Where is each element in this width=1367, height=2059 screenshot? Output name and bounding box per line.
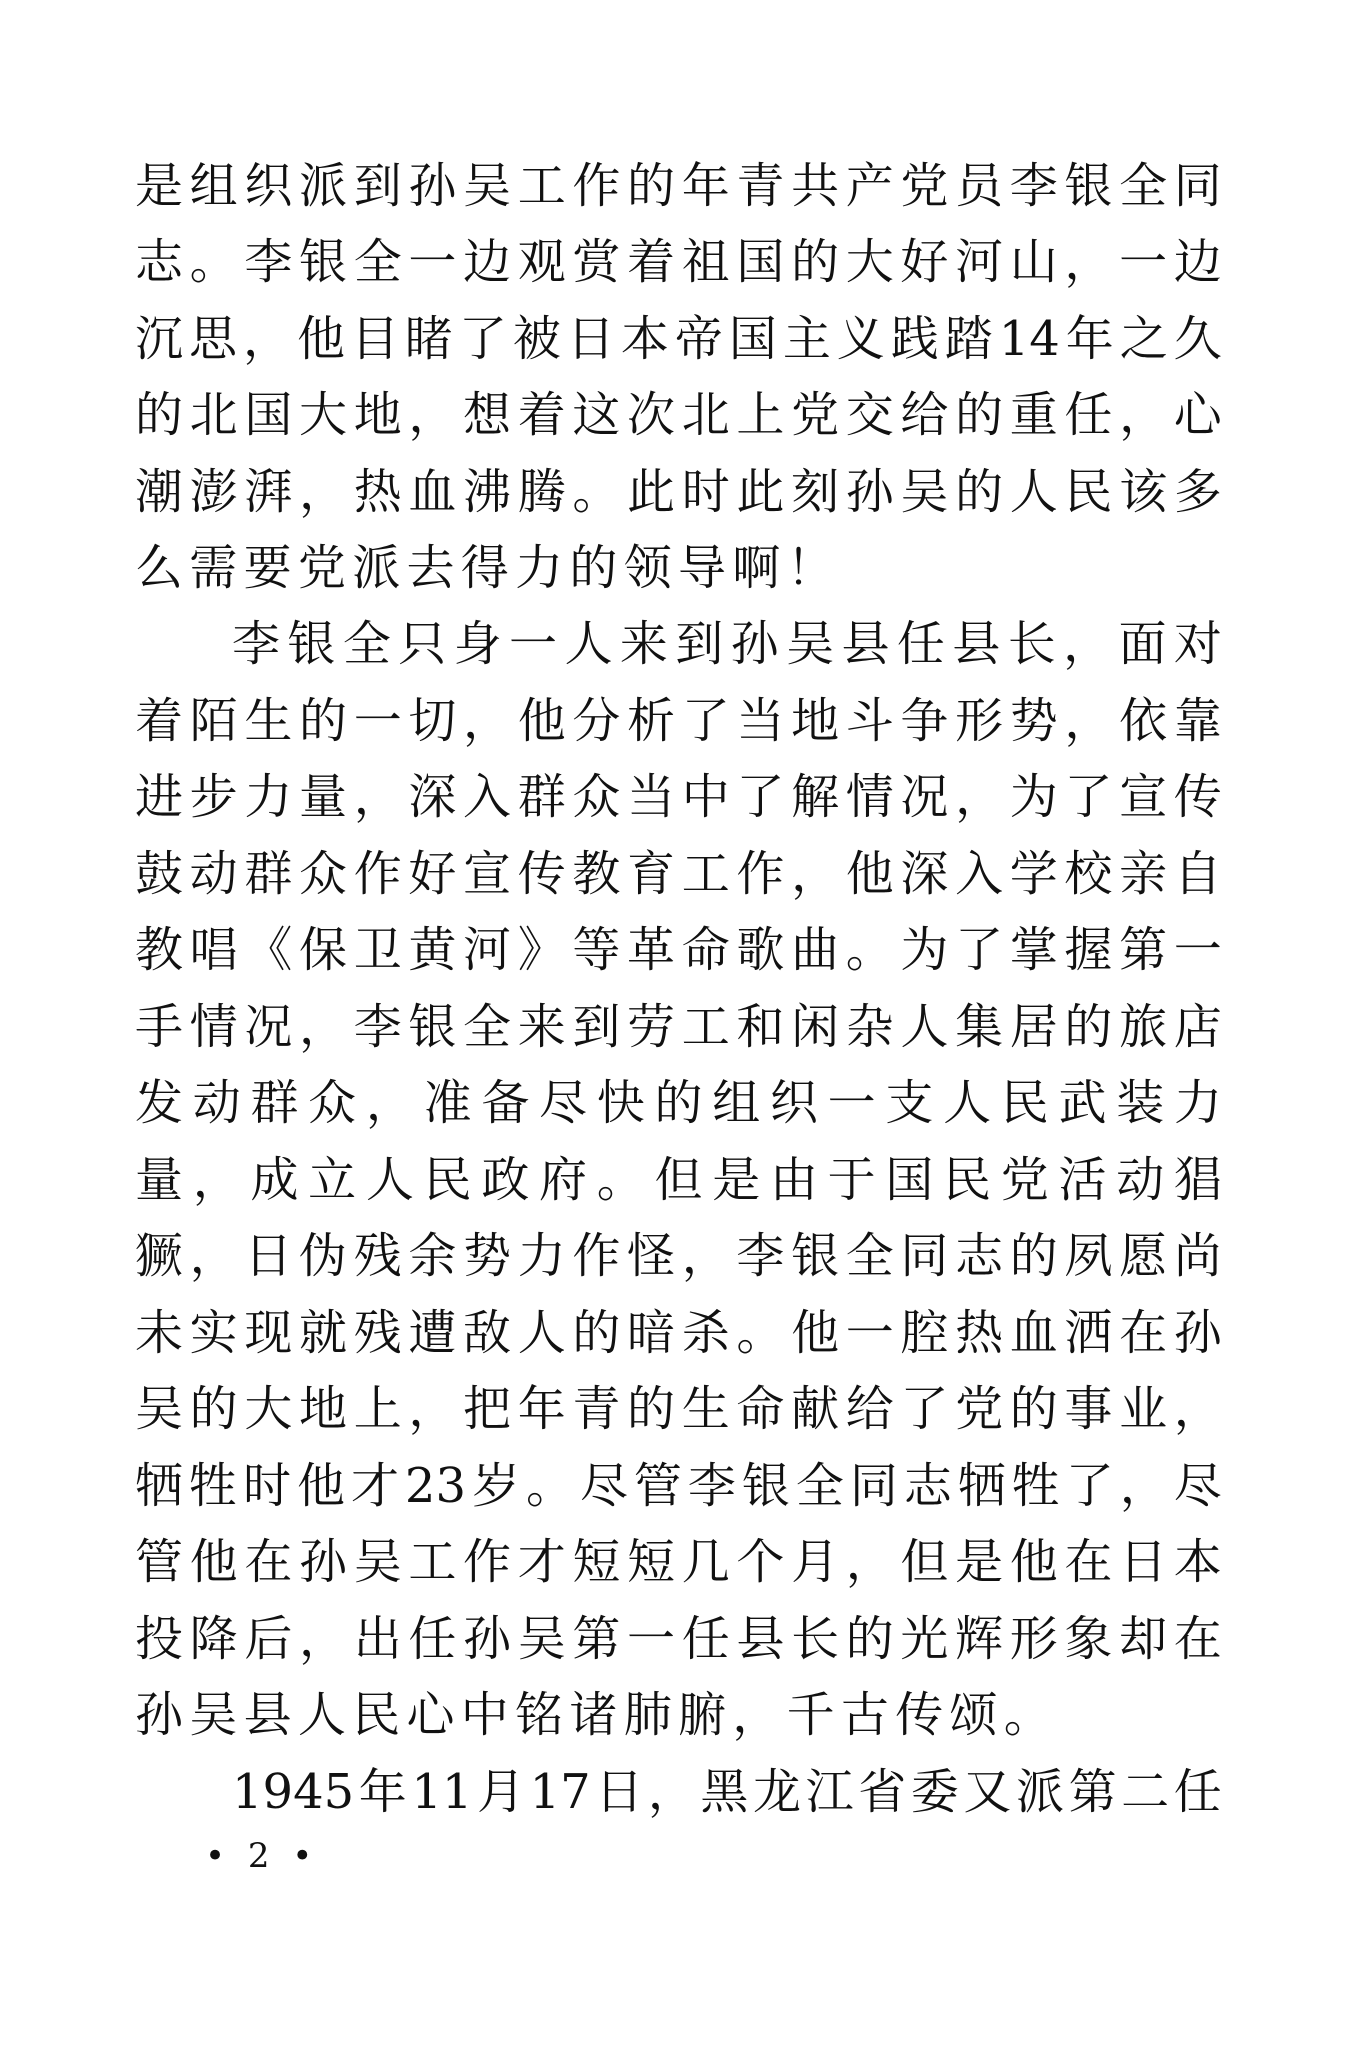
glyph: 生 [244, 693, 292, 749]
glyph: 委 [911, 1764, 959, 1820]
glyph: 是 [135, 158, 183, 214]
glyph: 大 [299, 387, 347, 443]
glyph: 步 [190, 769, 238, 825]
glyph: 在 [244, 1534, 292, 1590]
glyph: 的 [955, 387, 1003, 443]
glyph: 投 [135, 1611, 183, 1667]
glyph: 李 [244, 234, 292, 290]
glyph: 黑 [700, 1764, 748, 1820]
glyph: 热 [955, 1305, 1003, 1361]
glyph: 着 [135, 693, 183, 749]
glyph: 睹 [405, 311, 453, 367]
paragraph-start-line-22: 1945年11月17日，黑龙江省委又派第二任 [232, 1764, 1222, 1820]
text-line-1: 是组织派到孙吴工作的年青共产党员李银全同 [135, 158, 1222, 214]
glyph: 传 [518, 846, 566, 902]
glyph: 的 [791, 234, 839, 290]
glyph: 势 [463, 1228, 511, 1284]
glyph: 业 [1119, 1381, 1167, 1437]
glyph: 却 [1119, 1611, 1167, 1667]
glyph: 》 [518, 922, 566, 978]
glyph: 现 [244, 1305, 292, 1361]
glyph: 辉 [955, 1611, 1003, 1667]
glyph: 银 [791, 1228, 839, 1284]
glyph: 武 [1059, 1075, 1107, 1131]
glyph: 入 [463, 769, 511, 825]
glyph: 到 [354, 158, 402, 214]
glyph: 把 [463, 1381, 511, 1437]
glyph: 着 [627, 234, 675, 290]
glyph: 产 [846, 158, 894, 214]
glyph: 边 [1174, 234, 1222, 290]
glyph: 立 [308, 1152, 356, 1208]
glyph: 。 [597, 1152, 645, 1208]
glyph: 潮 [135, 464, 183, 520]
glyph: 握 [1064, 922, 1112, 978]
glyph: 任 [408, 1611, 456, 1667]
glyph: ， [682, 1228, 730, 1284]
glyph: 居 [1010, 999, 1058, 1055]
glyph: 共 [791, 158, 839, 214]
glyph: 众 [572, 769, 620, 825]
glyph: 人 [564, 616, 612, 672]
glyph: 志 [955, 1228, 1003, 1284]
glyph: 志 [135, 234, 183, 290]
glyph: 群 [518, 769, 566, 825]
paragraph-start-line-7: 李银全只身一人来到孙吴县任县长，面对 [232, 616, 1222, 672]
glyph: ， [299, 1611, 347, 1667]
glyph: 为 [1010, 769, 1058, 825]
glyph: 伪 [299, 1228, 347, 1284]
glyph: 力 [1174, 1075, 1222, 1131]
glyph: 备 [481, 1075, 529, 1131]
glyph: 重 [1010, 387, 1058, 443]
text-line-19: 管他在孙吴工作才短短几个月，但是他在日本 [135, 1534, 1222, 1590]
glyph: 尚 [1174, 1228, 1222, 1284]
glyph: 入 [955, 846, 1003, 902]
glyph: 人 [366, 1152, 414, 1208]
glyph: 民 [1001, 1075, 1049, 1131]
glyph: 人 [900, 999, 948, 1055]
glyph: 杀 [682, 1305, 730, 1361]
glyph: 育 [627, 846, 675, 902]
glyph: 形 [1010, 1611, 1058, 1667]
glyph: 。 [190, 234, 238, 290]
glyph: 但 [900, 1534, 948, 1590]
glyph: 派 [1016, 1764, 1064, 1820]
glyph: 自 [1174, 846, 1222, 902]
glyph: 吴 [463, 158, 511, 214]
glyph: 第 [1119, 922, 1167, 978]
document-page: 是组织派到孙吴工作的年青共产党员李银全同 志。李银全一边观赏着祖国的大好河山，一… [0, 0, 1367, 2059]
glyph: 猖 [1174, 1152, 1222, 1208]
glyph: 织 [770, 1075, 818, 1131]
glyph: 想 [463, 387, 511, 443]
glyph: 久 [1174, 311, 1222, 367]
glyph: 任 [897, 616, 945, 672]
glyph: 上 [736, 387, 784, 443]
glyph: 亲 [1119, 846, 1167, 902]
text-line-11: 教唱《保卫黄河》等革命歌曲。为了掌握第一 [135, 922, 1222, 978]
glyph: 出 [354, 1611, 402, 1667]
glyph: 后 [244, 1611, 292, 1667]
glyph: ， [366, 1075, 414, 1131]
glyph: 管 [634, 1458, 682, 1514]
glyph: 情 [846, 769, 894, 825]
glyph: 青 [572, 1381, 620, 1437]
glyph: 北 [682, 387, 730, 443]
glyph: 年 [518, 1381, 566, 1437]
glyph: 志 [904, 1458, 952, 1514]
glyph: 作 [354, 846, 402, 902]
glyph: 在 [1064, 1534, 1112, 1590]
glyph: ， [1119, 387, 1167, 443]
glyph: 民 [943, 1152, 991, 1208]
glyph: 血 [1010, 1305, 1058, 1361]
glyph: 上 [354, 1381, 402, 1437]
glyph: 银 [1064, 158, 1112, 214]
glyph: 他 [297, 311, 345, 367]
glyph: 形 [955, 693, 1003, 749]
glyph: 当 [736, 693, 784, 749]
glyph: 二 [1121, 1764, 1169, 1820]
glyph: 遭 [408, 1305, 456, 1361]
glyph: 一 [408, 234, 456, 290]
glyph: 作 [463, 1534, 511, 1590]
glyph: 唱 [190, 922, 238, 978]
glyph: 实 [190, 1305, 238, 1361]
glyph: 教 [135, 922, 183, 978]
glyph: ， [190, 1228, 238, 1284]
glyph: 到 [572, 999, 620, 1055]
glyph: 地 [791, 693, 839, 749]
glyph: 吴 [354, 1534, 402, 1590]
glyph: 他 [1010, 1534, 1058, 1590]
glyph: 党 [791, 387, 839, 443]
glyph: 于 [828, 1152, 876, 1208]
glyph: 大 [846, 234, 894, 290]
glyph: 给 [900, 387, 948, 443]
glyph: 第 [572, 1611, 620, 1667]
glyph: 本 [1174, 1534, 1222, 1590]
glyph: 分 [572, 693, 620, 749]
glyph: 了 [459, 311, 507, 367]
glyph: 个 [736, 1534, 784, 1590]
glyph: 政 [481, 1152, 529, 1208]
glyph: 众 [299, 846, 347, 902]
glyph: 才 [351, 1458, 399, 1514]
glyph: 动 [1116, 1152, 1164, 1208]
glyph: 斗 [846, 693, 894, 749]
glyph: 。 [526, 1458, 574, 1514]
glyph: ， [193, 1152, 241, 1208]
glyph: 组 [712, 1075, 760, 1131]
glyph: 的 [1010, 1228, 1058, 1284]
glyph: 卫 [354, 922, 402, 978]
glyph: 县 [736, 1611, 784, 1667]
glyph: 长 [791, 1611, 839, 1667]
glyph: 解 [791, 769, 839, 825]
glyph: 人 [518, 1305, 566, 1361]
glyph: 全 [796, 1458, 844, 1514]
glyph: 的 [190, 1381, 238, 1437]
glyph: 北 [190, 387, 238, 443]
glyph: 洒 [1064, 1305, 1112, 1361]
glyph: 任 [682, 1611, 730, 1667]
glyph: 命 [736, 1381, 784, 1437]
glyph: 县 [841, 616, 889, 672]
glyph: 工 [518, 158, 566, 214]
glyph: 但 [654, 1152, 702, 1208]
glyph: 革 [627, 922, 675, 978]
glyph: 全 [1119, 158, 1167, 214]
glyph: 学 [1010, 846, 1058, 902]
glyph: 一 [354, 693, 402, 749]
glyph: 一 [627, 1611, 675, 1667]
glyph: 边 [463, 234, 511, 290]
glyph: 任 [1064, 387, 1112, 443]
glyph: 敌 [463, 1305, 511, 1361]
glyph: 情 [190, 999, 238, 1055]
glyph: 全 [354, 234, 402, 290]
glyph: 河 [463, 922, 511, 978]
glyph: 孙 [463, 1611, 511, 1667]
glyph: 踏 [945, 311, 993, 367]
glyph: 曲 [791, 922, 839, 978]
glyph: 全 [343, 616, 391, 672]
glyph: 装 [1116, 1075, 1164, 1131]
glyph: 月 [791, 1534, 839, 1590]
text-line-5: 潮澎湃，热血沸腾。此时此刻孙吴的人民该多 [135, 464, 1222, 520]
glyph: 牲 [189, 1458, 237, 1514]
glyph: 争 [900, 693, 948, 749]
glyph: 了 [1066, 1458, 1114, 1514]
glyph: 祖 [682, 234, 730, 290]
glyph: 余 [408, 1228, 456, 1284]
glyph: 教 [572, 846, 620, 902]
glyph: 血 [408, 464, 456, 520]
glyph: 析 [627, 693, 675, 749]
glyph: 暗 [627, 1305, 675, 1361]
glyph: 了 [955, 922, 1003, 978]
glyph: 民 [424, 1152, 472, 1208]
glyph: 才 [518, 1534, 566, 1590]
glyph: 全 [463, 999, 511, 1055]
glyph: 第 [1069, 1764, 1117, 1820]
glyph: 的 [299, 693, 347, 749]
glyph: 陌 [190, 693, 238, 749]
glyph: 。 [736, 1305, 784, 1361]
glyph: 山 [1010, 234, 1058, 290]
glyph: 杂 [846, 999, 894, 1055]
glyph: 光 [900, 1611, 948, 1667]
glyph: 短 [627, 1534, 675, 1590]
glyph: 人 [1010, 464, 1058, 520]
glyph: 地 [354, 387, 402, 443]
glyph: 支 [885, 1075, 933, 1131]
glyph: 的 [572, 1305, 620, 1361]
glyph: 。 [846, 922, 894, 978]
glyph: 李 [736, 1228, 784, 1284]
glyph: 年 [1066, 311, 1114, 367]
glyph: 活 [1059, 1152, 1107, 1208]
glyph: 银 [742, 1458, 790, 1514]
glyph: 李 [232, 616, 280, 672]
glyph: 银 [287, 616, 335, 672]
glyph: 献 [791, 1381, 839, 1437]
glyph: 他 [190, 1534, 238, 1590]
glyph: 本 [621, 311, 669, 367]
glyph: 目 [351, 311, 399, 367]
glyph: 的 [654, 1075, 702, 1131]
glyph: 况 [244, 999, 292, 1055]
glyph: ， [243, 311, 291, 367]
text-line-12: 手情况，李银全来到劳工和闲杂人集居的旅店 [135, 999, 1222, 1055]
glyph: 的 [955, 464, 1003, 520]
text-line-21: 孙吴县人民心中铭诸肺腑，千古传颂。 [135, 1687, 1222, 1743]
glyph: 年 [682, 158, 730, 214]
text-line-9: 进步力量，深入群众当中了解情况，为了宣传 [135, 769, 1222, 825]
glyph: 保 [299, 922, 347, 978]
glyph: 他 [518, 693, 566, 749]
glyph: 沉 [135, 311, 183, 367]
glyph: 地 [299, 1381, 347, 1437]
glyph: 在 [1119, 1305, 1167, 1361]
text-line-18: 牺牲时他才23岁。尽管李银全同志牺牲了，尽 [135, 1458, 1222, 1514]
glyph: 生 [682, 1381, 730, 1437]
glyph: 月 [477, 1764, 525, 1820]
glyph: 国 [736, 234, 784, 290]
glyph: 之 [1120, 311, 1168, 367]
glyph: 手 [135, 999, 183, 1055]
glyph: 组 [190, 158, 238, 214]
glyph: 愿 [1119, 1228, 1167, 1284]
glyph: 尽 [580, 1458, 628, 1514]
glyph: ， [299, 464, 347, 520]
glyph: 的 [846, 1611, 894, 1667]
glyph: 此 [736, 464, 784, 520]
glyph: 是 [955, 1534, 1003, 1590]
glyph: 一 [509, 616, 557, 672]
text-line-6: 么需要党派去得力的领导啊！ [135, 540, 1222, 596]
glyph: ， [299, 999, 347, 1055]
glyph: 进 [135, 769, 183, 825]
glyph: 党 [955, 1381, 1003, 1437]
glyph: 深 [408, 769, 456, 825]
glyph: 孙 [1174, 1305, 1222, 1361]
text-line-20: 投降后，出任孙吴第一任县长的光辉形象却在 [135, 1611, 1222, 1667]
text-line-3: 沉思，他目睹了被日本帝国主义践踏14年之久 [135, 311, 1222, 367]
glyph: 腔 [900, 1305, 948, 1361]
glyph: ， [1064, 693, 1112, 749]
glyph: 长 [1008, 616, 1056, 672]
glyph: 面 [1119, 616, 1167, 672]
glyph: 作 [572, 158, 620, 214]
glyph: 同 [900, 1228, 948, 1284]
glyph: 李 [688, 1458, 736, 1514]
glyph: 《 [244, 922, 292, 978]
glyph: 工 [682, 846, 730, 902]
glyph: 1945 [232, 1764, 354, 1820]
page-number: • 2 • [205, 1836, 318, 1876]
glyph: 赏 [572, 234, 620, 290]
glyph: 在 [1174, 1611, 1222, 1667]
glyph: 势 [1010, 693, 1058, 749]
glyph: 来 [518, 999, 566, 1055]
glyph: 牺 [135, 1458, 183, 1514]
glyph: 旅 [1119, 999, 1167, 1055]
glyph: 国 [885, 1152, 933, 1208]
glyph: 命 [682, 922, 730, 978]
glyph: 日 [567, 311, 615, 367]
glyph: 残 [354, 1228, 402, 1284]
glyph: 宣 [1119, 769, 1167, 825]
text-line-2: 志。李银全一边观赏着祖国的大好河山，一边 [135, 234, 1222, 290]
glyph: 残 [354, 1305, 402, 1361]
glyph: ， [791, 846, 839, 902]
glyph: 银 [408, 999, 456, 1055]
glyph: 几 [682, 1534, 730, 1590]
glyph: 力 [244, 769, 292, 825]
glyph: 国 [244, 387, 292, 443]
text-line-4: 的北国大地，想着这次北上党交给的重任，心 [135, 387, 1222, 443]
glyph: 观 [518, 234, 566, 290]
glyph: 给 [846, 1381, 894, 1437]
glyph: 党 [1001, 1152, 1049, 1208]
glyph: 他 [791, 1305, 839, 1361]
glyph: 切 [408, 693, 456, 749]
glyph: 湃 [244, 464, 292, 520]
glyph: ， [846, 1534, 894, 1590]
glyph: 牲 [1012, 1458, 1060, 1514]
glyph: 全 [846, 1228, 894, 1284]
glyph: 李 [354, 999, 402, 1055]
glyph: 的 [135, 387, 183, 443]
glyph: 了 [1064, 769, 1112, 825]
glyph: 成 [250, 1152, 298, 1208]
glyph: 鼓 [135, 846, 183, 902]
glyph: 众 [308, 1075, 356, 1131]
glyph: 银 [299, 234, 347, 290]
glyph: 宣 [463, 846, 511, 902]
glyph: 吴 [518, 1611, 566, 1667]
glyph: 交 [846, 387, 894, 443]
glyph: 劳 [627, 999, 675, 1055]
glyph: 23 [405, 1458, 466, 1514]
glyph: 了 [682, 693, 730, 749]
glyph: 象 [1064, 1611, 1112, 1667]
glyph: 到 [675, 616, 723, 672]
glyph: 织 [244, 158, 292, 214]
glyph: 时 [682, 464, 730, 520]
glyph: 量 [299, 769, 347, 825]
glyph: 当 [627, 769, 675, 825]
glyph: 该 [1119, 464, 1167, 520]
glyph: 青 [736, 158, 784, 214]
glyph: 次 [627, 387, 675, 443]
glyph: 就 [299, 1305, 347, 1361]
glyph: ， [955, 769, 1003, 825]
glyph: 省 [858, 1764, 906, 1820]
glyph: 动 [190, 846, 238, 902]
glyph: 群 [244, 846, 292, 902]
glyph: 发 [135, 1075, 183, 1131]
glyph: 日 [244, 1228, 292, 1284]
glyph: 的 [627, 1381, 675, 1437]
glyph: 他 [297, 1458, 345, 1514]
glyph: 况 [900, 769, 948, 825]
glyph: 李 [1010, 158, 1058, 214]
glyph: 思 [189, 311, 237, 367]
